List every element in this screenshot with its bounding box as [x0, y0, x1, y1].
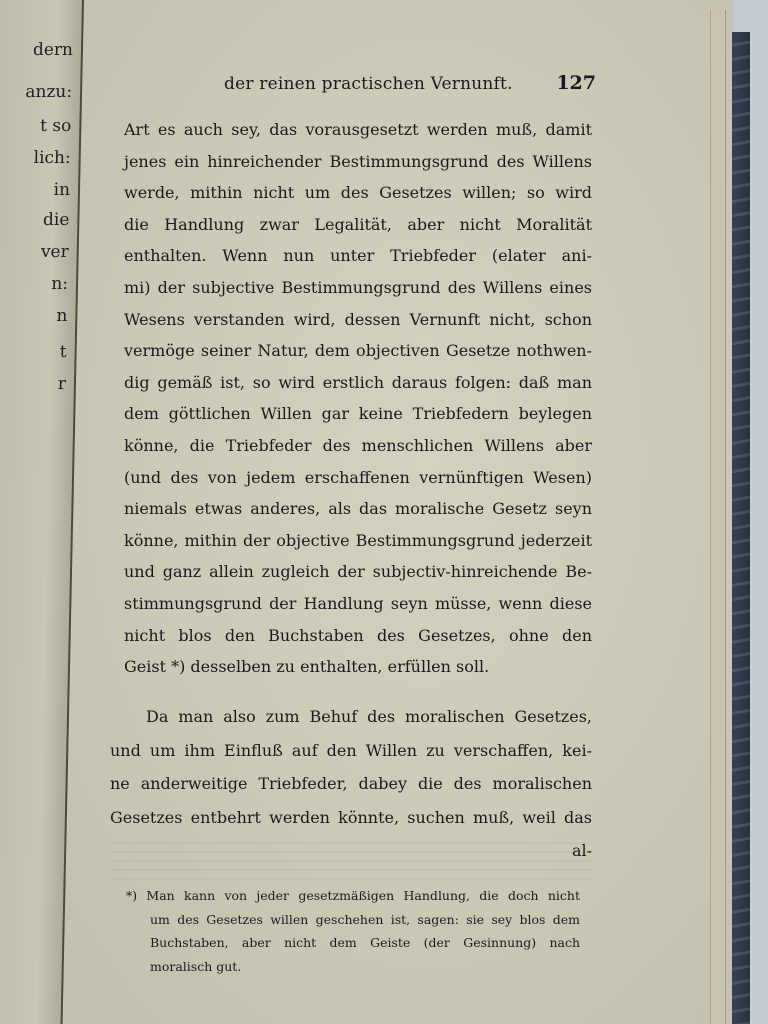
text-line: (und des von jedem erschaffenen vernünft…: [124, 462, 592, 494]
footnote-line: Buchstaben, aber nicht dem Geiste (der G…: [126, 931, 580, 955]
left-page-fragment: dern: [33, 40, 73, 60]
text-line: Wesens verstanden wird, dessen Vernunft …: [124, 304, 592, 336]
text-line: ne anderweitige Triebfeder, dabey die de…: [110, 767, 592, 801]
text-line: könne, die Triebfeder des menschlichen W…: [124, 430, 592, 462]
page-number: 127: [556, 72, 596, 94]
left-page-fragment: anzu:: [25, 82, 72, 102]
text-line: nicht blos den Buchstaben des Gesetzes, …: [124, 620, 592, 652]
paragraph-1: Art es auch sey, das vorausgesetzt werde…: [124, 114, 592, 683]
text-line: Gesetzes entbehrt werden könnte, suchen …: [110, 801, 592, 835]
text-line: stimmungsgrund der Handlung seyn müsse, …: [124, 588, 592, 620]
left-page-fragment: in: [53, 180, 70, 200]
text-line: enthalten. Wenn nun unter Triebfeder (el…: [124, 240, 592, 272]
text-line: mi) der subjective Bestimmungsgrund des …: [124, 272, 592, 304]
left-page-fragment: t: [60, 342, 67, 362]
page-stack-edge: [710, 10, 726, 1024]
text-line: und um ihm Einfluß auf den Willen zu ver…: [110, 734, 592, 768]
footnote-line: *) Man kann von jeder gesetzmäßigen Hand…: [126, 884, 580, 908]
left-page-fragment: lich:: [33, 148, 70, 168]
text-line: niemals etwas anderes, als das moralisch…: [124, 493, 592, 525]
bleed-through-text: [110, 840, 590, 880]
left-page-fragment: ver: [41, 242, 69, 262]
running-header: der reinen practischen Vernunft. 127: [224, 72, 596, 102]
left-page-fragment: t so: [40, 116, 72, 136]
text-line: vermöge seiner Natur, dem objectiven Ges…: [124, 335, 592, 367]
text-line: Da man also zum Behuf des moralischen Ge…: [110, 700, 592, 734]
text-line: und ganz allein zugleich der subjectiv-h…: [124, 556, 592, 588]
left-page-fragment: die: [43, 210, 70, 230]
text-line: könne, mithin der objective Bestimmungsg…: [124, 525, 592, 557]
left-page-fragment: r: [58, 374, 67, 394]
left-page-fragment: n: [56, 306, 67, 326]
text-line: dem göttlichen Willen gar keine Triebfed…: [124, 398, 592, 430]
text-line: jenes ein hinreichender Bestimmungsgrund…: [124, 146, 592, 178]
text-line: Geist *) desselben zu enthalten, erfülle…: [124, 651, 592, 683]
text-line: werde, mithin nicht um des Gesetzes will…: [124, 177, 592, 209]
footnote: *) Man kann von jeder gesetzmäßigen Hand…: [126, 884, 580, 978]
footnote-line: moralisch gut.: [126, 955, 580, 979]
footnote-line: um des Gesetzes willen geschehen ist, sa…: [126, 908, 580, 932]
running-title: der reinen practischen Vernunft.: [224, 74, 513, 94]
text-line: die Handlung zwar Legalität, aber nicht …: [124, 209, 592, 241]
text-line: Art es auch sey, das vorausgesetzt werde…: [124, 114, 592, 146]
left-page-fragment: n:: [51, 274, 68, 294]
text-line: dig gemäß ist, so wird erstlich daraus f…: [124, 367, 592, 399]
